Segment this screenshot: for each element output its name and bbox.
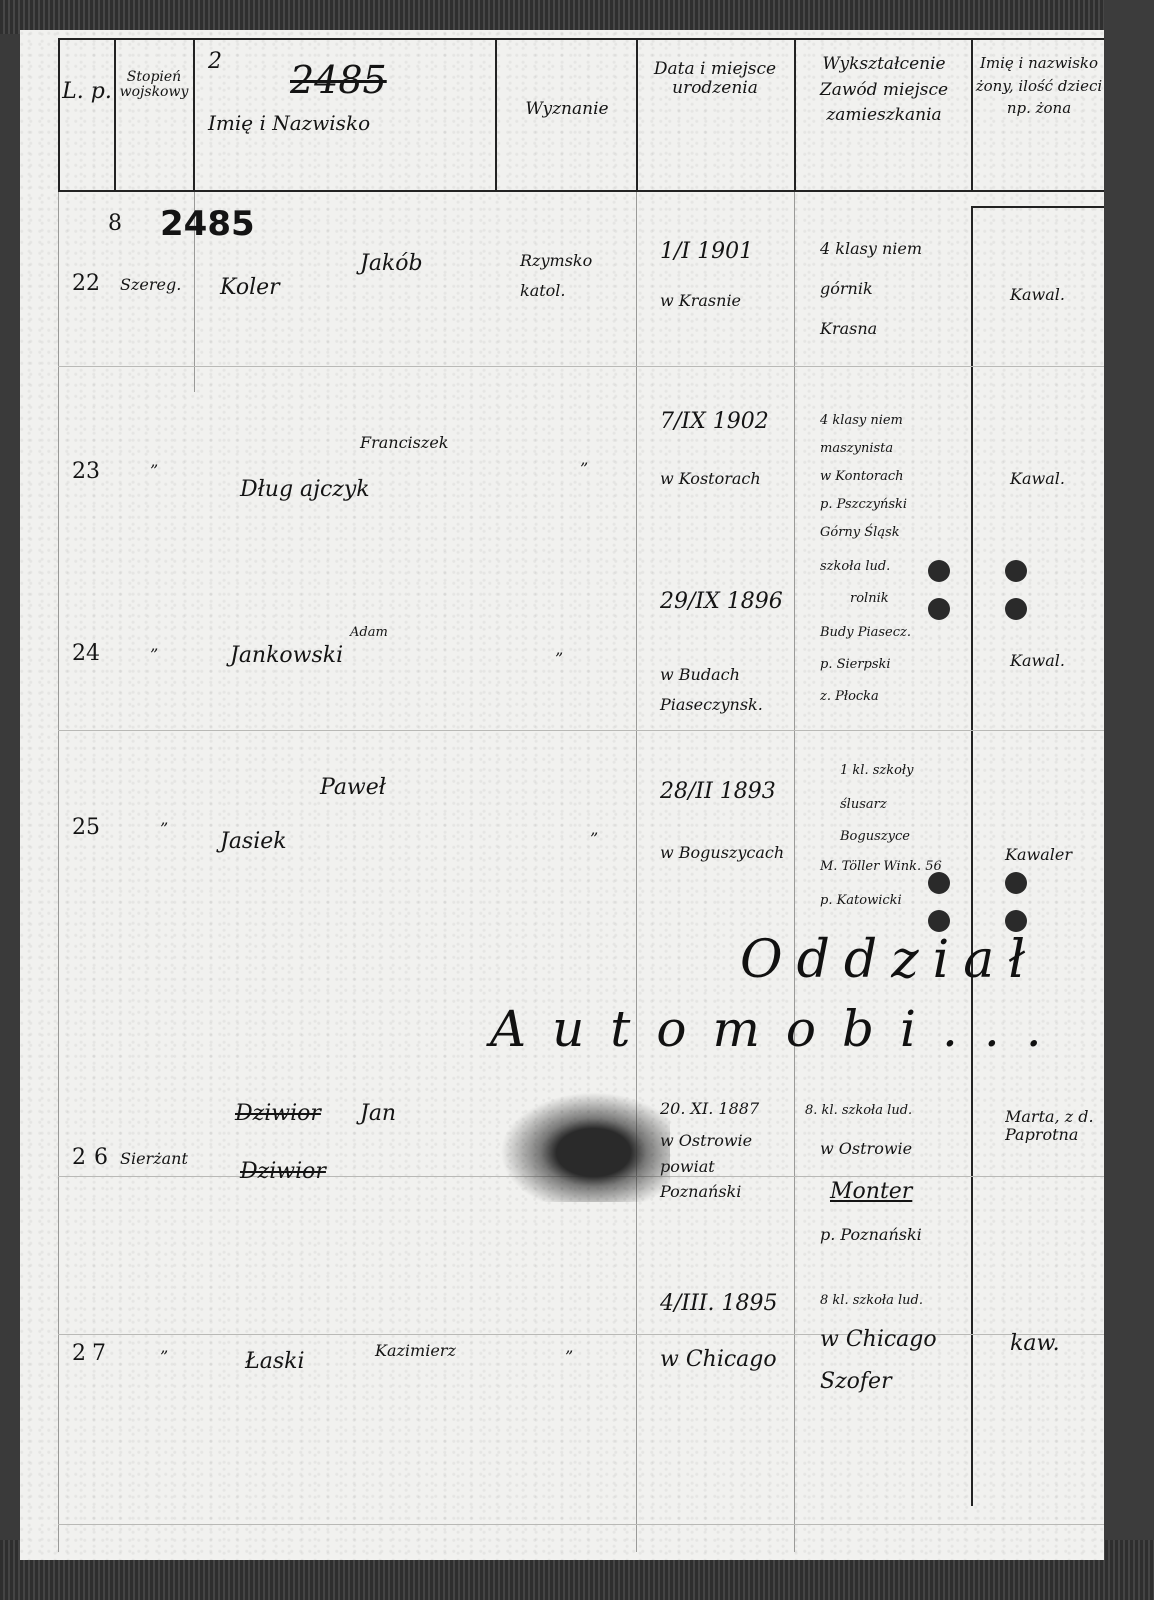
row-birth-date: 7/IX 1902 — [660, 410, 769, 434]
row-religion: Rzymsko katol. — [520, 246, 620, 307]
row-education-4: p. Pszczyński — [820, 498, 907, 512]
row-education-2: ślusarz — [840, 798, 887, 812]
punch-hole — [1005, 872, 1027, 894]
row-education-3: Boguszyce — [840, 830, 910, 844]
ruled-line — [58, 366, 1104, 367]
row-education-1: szkoła lud. — [820, 560, 890, 574]
row-education-3: Szofer — [820, 1370, 892, 1394]
row-birth-date: 28/II 1893 — [660, 780, 776, 804]
col-divider — [794, 192, 795, 1552]
punch-hole — [928, 560, 950, 582]
row-surname: Jasiek — [220, 830, 287, 854]
header-name: Imię i Nazwisko — [208, 112, 370, 134]
header-birth: Data i miejsce urodzenia — [640, 60, 790, 97]
ink-blot — [500, 1092, 670, 1202]
header-top-border — [58, 38, 1104, 40]
row-education-5: p. Katowicki — [820, 894, 902, 908]
row-spouse: Kawal. — [1010, 286, 1065, 304]
row-birth-place: w Budach Piaseczynsk. — [660, 660, 790, 721]
punch-hole — [928, 872, 950, 894]
row-lp: 25 — [72, 816, 100, 840]
col-divider — [193, 38, 195, 192]
row-lp: 27 — [72, 1342, 112, 1366]
row-rank: ” — [150, 462, 158, 480]
row-religion: ” — [580, 460, 588, 478]
row-birth-place: w Ostrowie powiat Poznański — [660, 1128, 790, 1205]
col-divider — [495, 38, 497, 192]
header-struck-number: 2485 — [290, 60, 387, 102]
row-education-3: w Kontorach — [820, 470, 904, 484]
row-rank: ” — [150, 646, 158, 664]
row-birth-place: w Kostorach — [660, 470, 761, 488]
spouse-col-top — [971, 206, 1104, 208]
row-rank: ” — [160, 1348, 168, 1366]
row-lp: 26 — [72, 1146, 116, 1170]
row-spouse: kaw. — [1010, 1332, 1060, 1356]
row-education-1: 4 klasy niem — [820, 414, 903, 428]
row-education-4: p. Poznański — [820, 1226, 922, 1244]
row-education-1: 8. kl. szkoła lud. — [805, 1104, 912, 1118]
row-education-2: górnik — [820, 280, 873, 298]
row-education-1: 4 klasy niem — [820, 240, 922, 258]
row-rank: Sierżant — [120, 1150, 188, 1168]
row-religion: ” — [555, 650, 563, 668]
col-divider — [636, 38, 638, 192]
punch-hole — [1005, 560, 1027, 582]
row-given: Franciszek — [360, 434, 448, 452]
row-birth-place: w Chicago — [660, 1348, 777, 1372]
ruled-line — [58, 730, 1104, 731]
row-rank: Szereg. — [120, 276, 181, 294]
col-divider — [114, 38, 116, 192]
row-education-2: w Chicago — [820, 1328, 937, 1352]
header-religion: Wyznanie — [500, 100, 634, 119]
scan-border-top — [0, 0, 1154, 34]
row-surname-struck: Dziwior — [240, 1160, 326, 1184]
stamp-number: 2485 — [160, 206, 255, 243]
row-birth-place: w Krasnie — [660, 292, 741, 310]
section-banner-line1: Oddział — [740, 930, 1039, 990]
scan-border-right — [1104, 0, 1154, 1600]
spouse-col-divider — [971, 206, 973, 1506]
row-education-2: rolnik — [850, 592, 889, 606]
header-spouse: Imię i nazwisko żony, ilość dzieci np. ż… — [975, 52, 1103, 182]
header-lp: L. p. — [60, 80, 114, 104]
section-banner-line2: Automobi... — [490, 1000, 1068, 1058]
row-religion: ” — [590, 830, 598, 848]
row-education-5: Górny Śląsk — [820, 526, 900, 540]
row-education-1: 1 kl. szkoły — [840, 764, 914, 778]
row-surname: Koler — [220, 276, 280, 300]
ruled-line — [58, 1334, 1104, 1335]
row-education-4: M. Töller Wink. 56 — [820, 860, 942, 874]
row-education-1: 8 kl. szkoła lud. — [820, 1294, 923, 1308]
row-spouse: Kawal. — [1010, 652, 1065, 670]
row-given: Adam — [350, 626, 388, 640]
row-education-2: maszynista — [820, 442, 893, 456]
row-birth-date: 1/I 1901 — [660, 240, 753, 264]
row-surname: Dług ajczyk — [240, 478, 370, 502]
punch-hole — [1005, 910, 1027, 932]
row-rank: ” — [160, 820, 168, 838]
col-divider — [58, 38, 60, 192]
header-education: Wykształcenie Zawód miejsce zamieszkania — [798, 52, 970, 129]
col-divider — [636, 192, 637, 1552]
row-education-3: Krasna — [820, 320, 877, 338]
punch-hole — [928, 910, 950, 932]
row-given: Kazimierz — [375, 1342, 456, 1360]
punch-hole — [1005, 598, 1027, 620]
header-name-numeral: 2 — [208, 50, 222, 74]
row-birth-date: 4/III. 1895 — [660, 1292, 777, 1316]
row-religion: ” — [565, 1348, 573, 1366]
col-divider — [58, 192, 59, 1552]
row-lp: 23 — [72, 460, 100, 484]
row-spouse: Kawaler — [1005, 846, 1072, 864]
row-given: Jakób — [360, 252, 423, 276]
row-birth-date: 20. XI. 1887 — [660, 1100, 759, 1118]
row-surname: Jankowski — [230, 644, 343, 668]
row-education-3: Monter — [830, 1180, 912, 1204]
register-page: L. p. Stopień wojskowy 2 Imię i Nazwisko… — [20, 30, 1104, 1560]
stamp-prefix: 8 — [108, 212, 122, 236]
row-surname: Łaski — [245, 1350, 305, 1374]
row-lp: 24 — [72, 642, 100, 666]
row-given: Jan — [360, 1102, 396, 1126]
row-given: Paweł — [320, 776, 386, 800]
ruled-line — [58, 1524, 1104, 1525]
header-bottom-border — [58, 190, 1104, 192]
row-education-4: p. Sierpski — [820, 658, 891, 672]
col-divider — [971, 38, 973, 192]
row-education-2: w Ostrowie — [820, 1140, 912, 1158]
row-lp: 22 — [72, 272, 100, 296]
row-birth-date: 29/IX 1896 — [660, 590, 783, 614]
row-education-3: Budy Piasecz. — [820, 626, 911, 640]
col-divider — [794, 38, 796, 192]
row-surname: Dziwior — [235, 1102, 321, 1126]
row-spouse: Kawal. — [1010, 470, 1065, 488]
row-spouse: Marta, z d. Paprotna — [1005, 1108, 1104, 1143]
row-education-5: z. Płocka — [820, 690, 879, 704]
row-birth-place: w Boguszycach — [660, 844, 784, 862]
header-rank: Stopień wojskowy — [116, 70, 192, 101]
punch-hole — [928, 598, 950, 620]
